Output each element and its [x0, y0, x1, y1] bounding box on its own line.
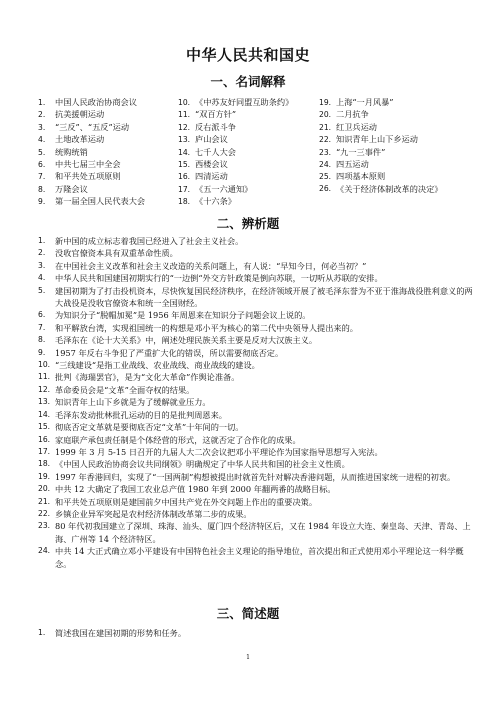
section-heading-analysis: 二、辨析题: [0, 214, 496, 232]
list-item: 20.中共 12 大确定了我国工农业总产值 1980 年到 2000 年翻两番的…: [38, 483, 478, 495]
term-item: 18.《十六条》: [178, 195, 293, 207]
list-item: 1.简述我国在建国初期的形势和任务。: [38, 627, 478, 639]
term-item: 22.知识青年上山下乡运动: [319, 133, 469, 145]
term-item: 7.和平共处五项原则: [38, 170, 145, 182]
term-item: 10.《中苏友好同盟互助条约》: [178, 96, 293, 108]
term-item: 23.“九一三事件”: [319, 146, 469, 158]
list-item: 4.中华人民共和国建国初期实行的“一边倒“外交方针政策是倒向苏联，一切听从苏联的…: [38, 272, 478, 284]
list-item: 18.《中国人民政治协商会议共同纲领》明确规定了中华人民共和国的社会主义性质。: [38, 458, 478, 470]
short-answer-list: 1.简述我国在建国初期的形势和任务。: [38, 627, 478, 639]
list-item: 21.和平共处五项原则是建国前夕中国共产党在外交问题上作出的重要决策。: [38, 496, 478, 508]
term-item: 2.抗美援朝运动: [38, 108, 145, 120]
list-item: 7.和平解放台湾，实现祖国统一的构想是邓小平为核心的第二代中央领导人提出来的。: [38, 322, 478, 334]
term-item: 3.“三反”、“五反”运动: [38, 121, 145, 133]
list-item: 8.毛泽东在《论十大关系》中，阐述处理民族关系主要是反对大汉族主义。: [38, 334, 478, 346]
list-item: 24.中共 14 大正式确立邓小平建设有中国特色社会主义理论的指导地位，首次提出…: [38, 545, 478, 570]
term-item: 14.七千人大会: [178, 146, 293, 158]
term-item: 16.四清运动: [178, 170, 293, 182]
term-item: 24.四五运动: [319, 158, 469, 170]
list-item: 9.1957 年反右斗争犯了严重扩大化的错误，所以需要彻底否定。: [38, 347, 478, 359]
list-item: 19.1997 年香港回归，实现了“一国两制”构想被提出时就首先针对解决香港问题…: [38, 471, 478, 483]
list-item: 2.没收官僚资本具有双重革命性质。: [38, 247, 478, 259]
term-item: 11.“双百方针”: [178, 108, 293, 120]
list-item: 6.为知识分子“脱帽加冕”是 1956 年周恩来在知识分子问题会议上说的。: [38, 309, 478, 321]
analysis-list: 1.新中国的成立标志着我国已经进入了社会主义社会。 2.没收官僚资本具有双重革命…: [38, 235, 478, 570]
section-heading-terms: 一、名词解释: [0, 72, 496, 90]
list-item: 16.家庭联产承包责任制是个体经营的形式，这就否定了合作化的成果。: [38, 434, 478, 446]
term-item: 20.二月抗争: [319, 108, 469, 120]
list-item: 10.“三线建设“是指工业战线、农业战线、商业战线的建设。: [38, 359, 478, 371]
term-item: 25.四项基本原则: [319, 170, 469, 182]
list-item: 14.毛泽东发动批林批孔运动的目的是批判周恩来。: [38, 409, 478, 421]
term-item: 1.中国人民政治协商会议: [38, 96, 145, 108]
list-item: 17.1999 年 3 月 5-15 日召开的九届人大二次会议把邓小平理论作为国…: [38, 446, 478, 458]
term-item: 4.土地改革运动: [38, 133, 145, 145]
term-item: 15.西楼会议: [178, 158, 293, 170]
term-item: 21.红卫兵运动: [319, 121, 469, 133]
list-item: 15.彻底否定文革就是要彻底否定“文革”十年间的一切。: [38, 421, 478, 433]
document-title: 中华人民共和国史: [0, 44, 496, 65]
list-item: 22.乡镇企业异军突起是农村经济体制改革第二步的成果。: [38, 508, 478, 520]
term-item: 5.统购统销: [38, 146, 145, 158]
list-item: 5.建国初期为了打击投机资本，尽快恢复国民经济秩序，在经济领域开展了被毛泽东誉为…: [38, 285, 478, 310]
term-item: 19.上海“一月风暴”: [319, 96, 469, 108]
term-item: 9.第一届全国人民代表大会: [38, 195, 145, 207]
terms-column-1: 1.中国人民政治协商会议 2.抗美援朝运动 3.“三反”、“五反”运动 4.土地…: [38, 96, 145, 208]
term-item: 12.反右派斗争: [178, 121, 293, 133]
list-item: 1.新中国的成立标志着我国已经进入了社会主义社会。: [38, 235, 478, 247]
section-heading-short-answer: 三、简述题: [0, 604, 496, 622]
term-item: 17.《五一六通知》: [178, 183, 293, 195]
list-item: 13.知识青年上山下乡就是为了缓解就业压力。: [38, 396, 478, 408]
terms-column-3: 19.上海“一月风暴” 20.二月抗争 21.红卫兵运动 22.知识青年上山下乡…: [319, 96, 469, 195]
term-item: 26.《关于经济体制改革的决定》: [319, 183, 469, 195]
page-number: 1: [0, 654, 496, 661]
terms-column-2: 10.《中苏友好同盟互助条约》 11.“双百方针” 12.反右派斗争 13.庐山…: [178, 96, 293, 208]
list-item: 3.在中国社会主义改革和社会主义改造的关系问题上，有人说：“早知今日，何必当初？…: [38, 260, 478, 272]
term-item: 6.中共七届三中全会: [38, 158, 145, 170]
term-item: 8.万隆会议: [38, 183, 145, 195]
list-item: 23.80 年代初我国建立了深圳、珠海、汕头、厦门四个经济特区后，又在 1984…: [38, 520, 478, 545]
list-item: 12.革命委员会是“文革”全面夺权的结果。: [38, 384, 478, 396]
term-item: 13.庐山会议: [178, 133, 293, 145]
document-page: 中华人民共和国史 一、名词解释 1.中国人民政治协商会议 2.抗美援朝运动 3.…: [0, 0, 496, 702]
list-item: 11.批判《海瑞罢官》，是为“文化大革命”作舆论准备。: [38, 371, 478, 383]
